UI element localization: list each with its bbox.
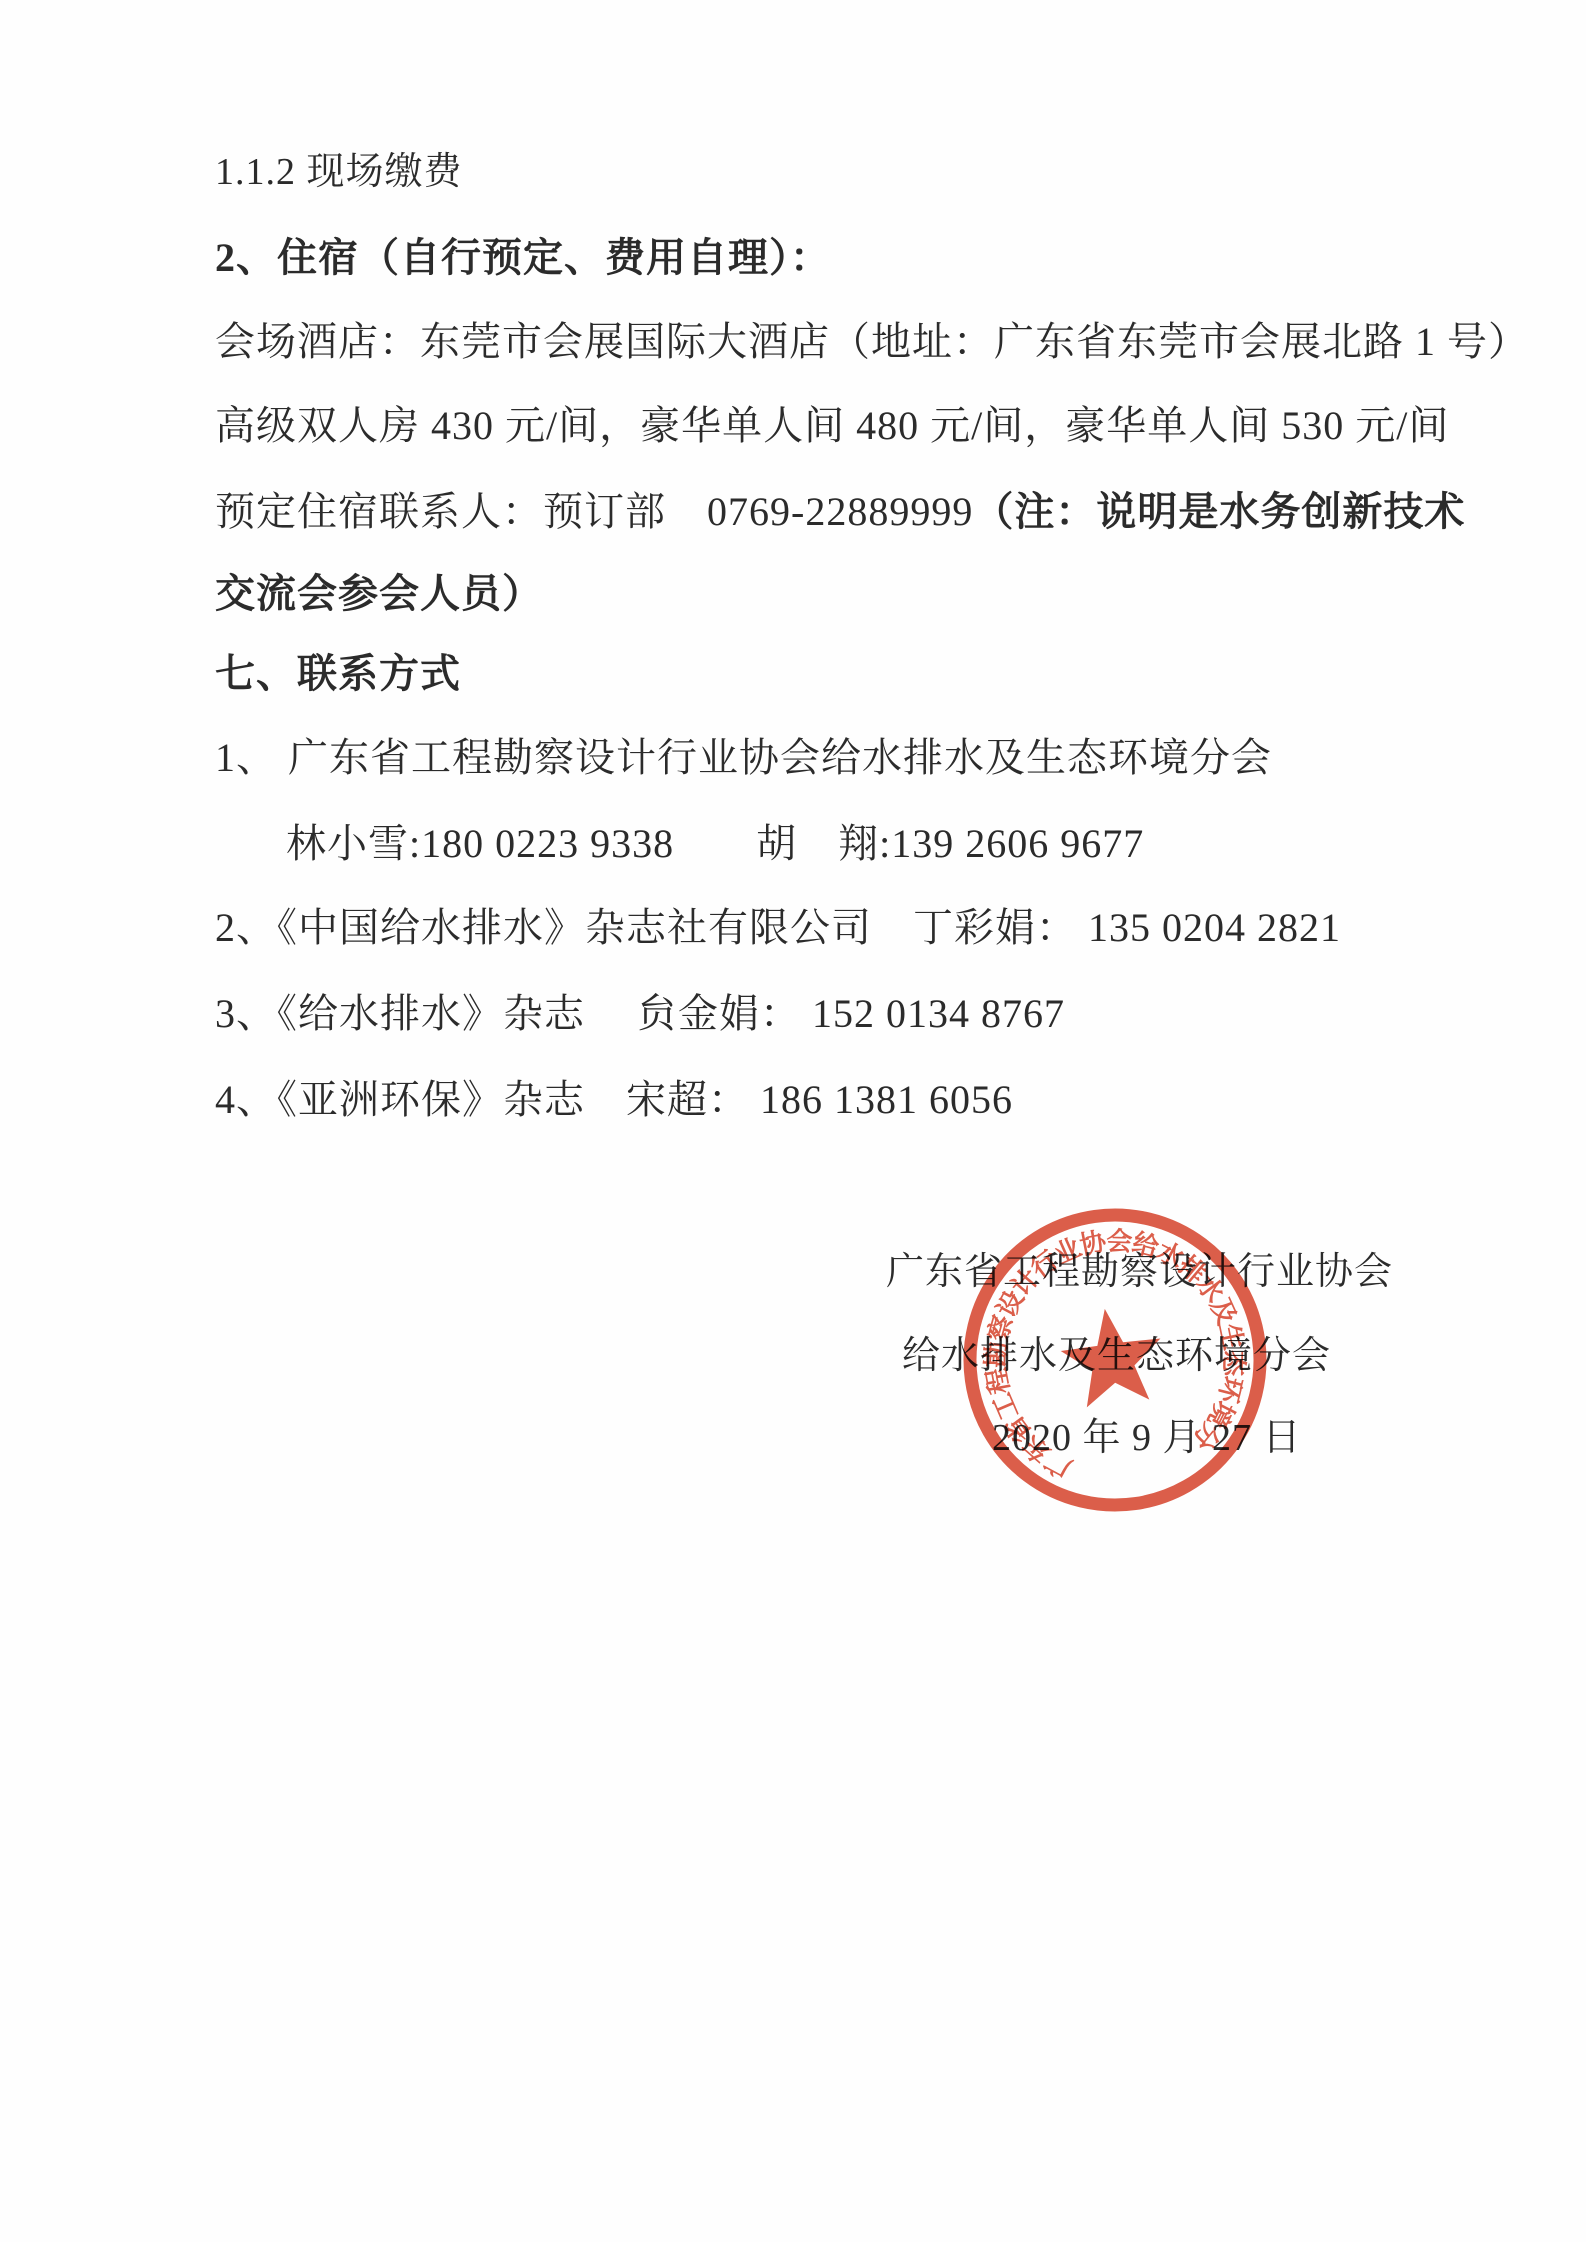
contact-phones-association: 林小雪:180 0223 9338 胡 翔:139 2606 9677 [286, 822, 1144, 866]
booking-contact-line: 预定住宿联系人：预订部 0769-22889999（注：说明是水务创新技术 [215, 490, 1465, 534]
official-seal: 广东省工程勘察设计行业协会给水排水及生态环境分会 [955, 1200, 1275, 1520]
room-price-line: 高级双人房 430 元/间，豪华单人间 480 元/间，豪华单人间 530 元/… [215, 404, 1449, 448]
seal-star-icon [1056, 1302, 1169, 1411]
contact-item-china-water-magazine: 2、《中国给水排水》杂志社有限公司 丁彩娟： 135 0204 2821 [215, 906, 1341, 950]
document-page: 1.1.2 现场缴费 2、住宿（自行预定、费用自理）： 会场酒店：东莞市会展国际… [0, 0, 1586, 2242]
contact-item-asia-env-magazine: 4、《亚洲环保》杂志 宋超： 186 1381 6056 [215, 1078, 1013, 1122]
heading-lodging: 2、住宿（自行预定、费用自理）： [215, 236, 831, 280]
booking-contact-normal: 预定住宿联系人：预订部 0769-22889999 [215, 489, 973, 534]
section-onsite-payment: 1.1.2 现场缴费 [215, 152, 463, 194]
booking-note-continued: 交流会参会人员） [215, 572, 543, 616]
heading-contacts: 七、联系方式 [215, 652, 461, 696]
booking-contact-note: （注：说明是水务创新技术 [973, 489, 1465, 534]
hotel-info-line: 会场酒店：东莞市会展国际大酒店（地址：广东省东莞市会展北路 1 号） [215, 320, 1529, 364]
contact-item-water-magazine: 3、《给水排水》杂志 贠金娟： 152 0134 8767 [215, 992, 1065, 1036]
contact-item-association: 1、 广东省工程勘察设计行业协会给水排水及生态环境分会 [215, 736, 1272, 780]
